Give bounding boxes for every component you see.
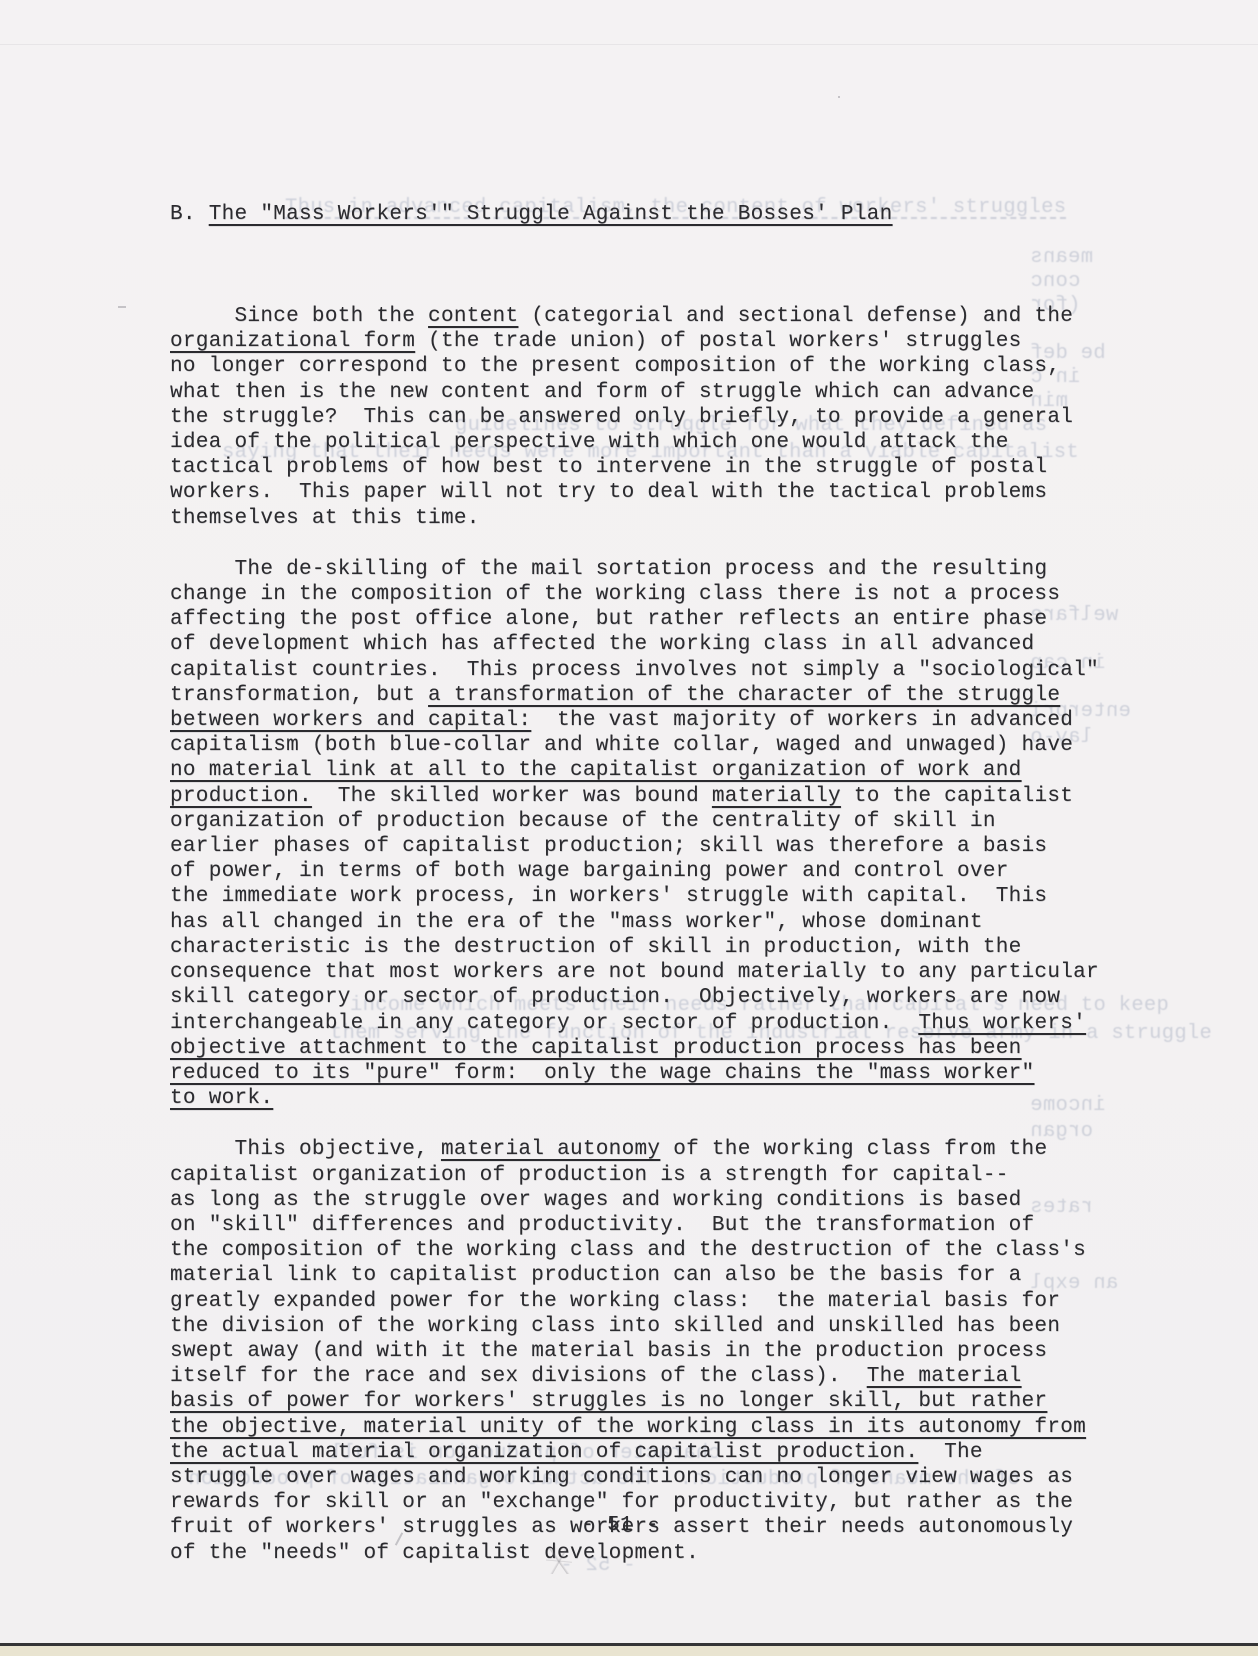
text-segment: to the capitalist organization of produc… (170, 785, 1099, 1035)
text-segment: of the working class from the capitalist… (170, 1138, 1086, 1388)
text-segment: material autonomy (441, 1138, 660, 1161)
paper-speck (838, 96, 840, 98)
section-heading-title: The "Mass Workers'" Struggle Against the… (209, 203, 893, 226)
text-segment: The skilled worker was bound (312, 785, 712, 808)
paragraph: This objective, material autonomy of the… (170, 1137, 1135, 1565)
text-segment: materially (712, 785, 841, 808)
paragraph: Since both the content (categorial and s… (170, 304, 1135, 531)
section-heading-prefix: B. (170, 203, 209, 226)
scan-edge (0, 1643, 1258, 1656)
page-number: - 51 - (170, 1514, 1070, 1537)
text-segment: Since both the (170, 305, 428, 328)
text-segment: (categorial and sectional defense) and t… (518, 305, 1073, 328)
text-segment: This objective, (170, 1138, 441, 1161)
text-segment: organizational form (170, 330, 415, 353)
document-text-column: B. The "Mass Workers'" Struggle Against … (170, 152, 1135, 1642)
paragraph: The de-skilling of the mail sortation pr… (170, 557, 1135, 1111)
text-segment: content (428, 305, 518, 328)
scan-artifact-line (0, 44, 1258, 45)
scanned-document-page: Thus in advanced capitalism, the content… (0, 0, 1258, 1656)
paper-smudge (546, 1548, 572, 1574)
document-body: Since both the content (categorial and s… (170, 304, 1135, 1566)
section-heading: B. The "Mass Workers'" Struggle Against … (170, 202, 1135, 227)
paper-speck (118, 306, 126, 308)
text-segment: (the trade union) of postal workers' str… (170, 330, 1073, 529)
